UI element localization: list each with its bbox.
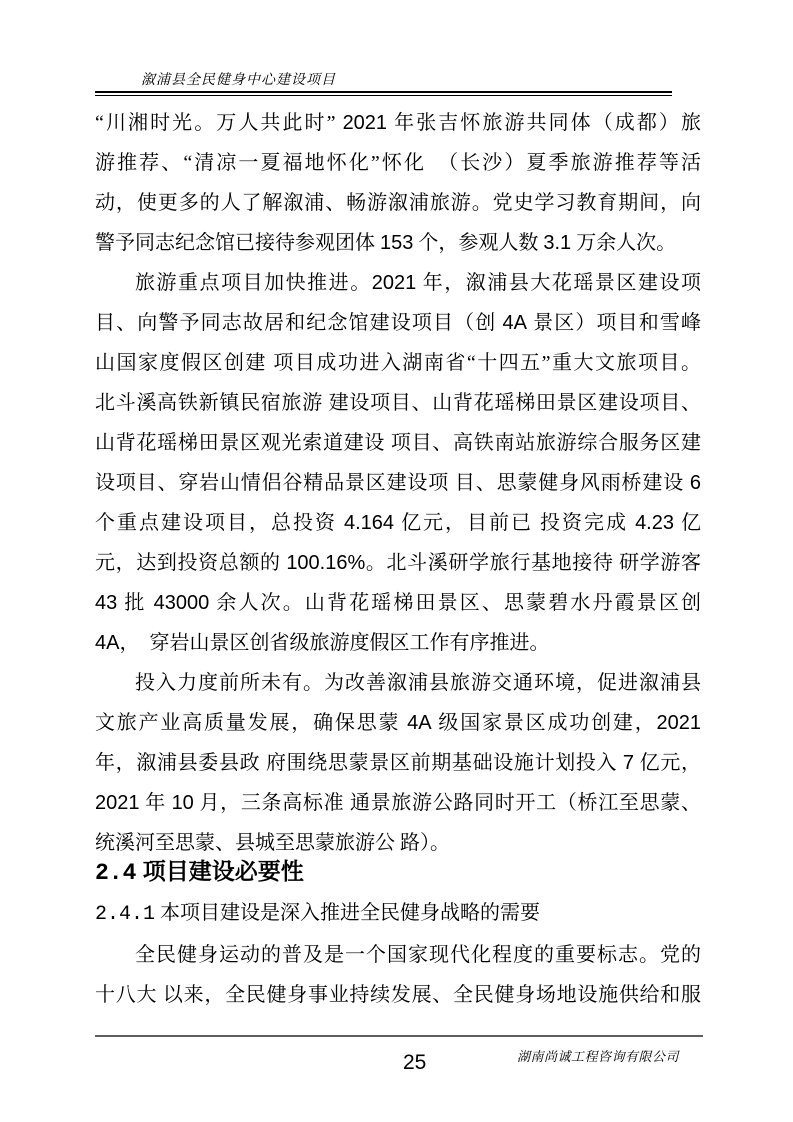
latin-text: 153 — [380, 232, 413, 254]
body-line: 警予同志纪念馆已接待参观团体 153 个，参观人数 3.1 万余人次。 — [95, 223, 701, 263]
latin-text: 2021 — [657, 712, 702, 734]
body-line: 游推荐、“清凉一夏福地怀化”怀化 （长沙）夏季旅游推荐等活 — [95, 143, 701, 183]
body-line: 43 批 43000 余人次。山背花瑶梯田景区、思蒙碧水丹霞景区创 — [95, 583, 701, 623]
body-line: 年，溆浦县委县政 府围绕思蒙景区前期基础设施计划投入 7 亿元， — [95, 743, 701, 783]
header-title: 溆浦县全民健身中心建设项目 — [141, 69, 336, 89]
latin-text: 2.4 — [95, 860, 136, 886]
latin-text: 3.1 — [543, 232, 571, 254]
latin-text: 4A — [503, 312, 527, 334]
latin-text: 4.23 — [635, 512, 674, 534]
body-line: 4A， 穿岩山景区创省级旅游度假区工作有序推进。 — [95, 623, 701, 663]
body-line: 2021 年 10 月，三条高标准 通景旅游公路同时开工（桥江至思蒙、 — [95, 783, 701, 823]
latin-text: 4.164 — [344, 512, 394, 534]
latin-text: 4A — [407, 712, 431, 734]
latin-text: 10 — [172, 792, 194, 814]
document-body: “川湘时光。万人共此时” 2021 年张吉怀旅游共同体（成都）旅游推荐、“清凉一… — [95, 103, 701, 1015]
body-line: 个重点建设项目，总投资 4.164 亿元，目前已 投资完成 4.23 亿 — [95, 503, 701, 543]
latin-text: 6 — [690, 472, 701, 494]
header-rule — [95, 91, 672, 96]
document-page: 溆浦县全民健身中心建设项目 “川湘时光。万人共此时” 2021 年张吉怀旅游共同… — [0, 0, 793, 1122]
body-line: 十八大 以来，全民健身事业持续发展、全民健身场地设施供给和服 — [95, 975, 701, 1015]
latin-text: 2.4.1 — [95, 903, 155, 926]
body-line: 文旅产业高质量发展，确保思蒙 4A 级国家景区成功创建，2021 — [95, 703, 701, 743]
latin-text: 43000 — [154, 592, 210, 614]
body-line: “川湘时光。万人共此时” 2021 年张吉怀旅游共同体（成都）旅 — [95, 103, 701, 143]
body-line: 目、向警予同志故居和纪念馆建设项目（创 4A 景区）项目和雪峰 — [95, 303, 701, 343]
footer-company: 湖南尚诚工程咨询有限公司 — [517, 1046, 679, 1065]
body-line: 动，使更多的人了解溆浦、畅游溆浦旅游。党史学习教育期间，向 — [95, 183, 701, 223]
latin-text: 4A — [95, 632, 119, 654]
page-number: 25 — [403, 1051, 426, 1075]
body-line: 设项目、穿岩山情侣谷精品景区建设项 目、思蒙健身风雨桥建设 6 — [95, 463, 701, 503]
body-line: 元，达到投资总额的 100.16%。北斗溪研学旅行基地接待 研学游客 — [95, 543, 701, 583]
body-line: 山国家度假区创建 项目成功进入湖南省“十四五”重大文旅项目。 — [95, 343, 701, 383]
subsection-heading: 2.4.1 本项目建设是深入推进全民健身战略的需要 — [95, 893, 701, 935]
latin-text: 43 — [95, 592, 117, 614]
body-line: 旅游重点项目加快推进。2021 年，溆浦县大花瑶景区建设项 — [95, 263, 701, 303]
body-line: 全民健身运动的普及是一个国家现代化程度的重要标志。党的 — [95, 935, 701, 975]
body-line: 北斗溪高铁新镇民宿旅游 建设项目、山背花瑶梯田景区建设项目、 — [95, 383, 701, 423]
latin-text: 7 — [623, 752, 634, 774]
latin-text: 2021 — [95, 792, 140, 814]
body-line: 山背花瑶梯田景区观光索道建设 项目、高铁南站旅游综合服务区建 — [95, 423, 701, 463]
latin-text: 2021 — [343, 112, 388, 134]
latin-text: 2021 — [372, 272, 417, 294]
latin-text: 100.16% — [286, 552, 365, 574]
body-line: 投入力度前所未有。为改善溆浦县旅游交通环境，促进溆浦县 — [95, 663, 701, 703]
footer-rule — [95, 1035, 703, 1037]
